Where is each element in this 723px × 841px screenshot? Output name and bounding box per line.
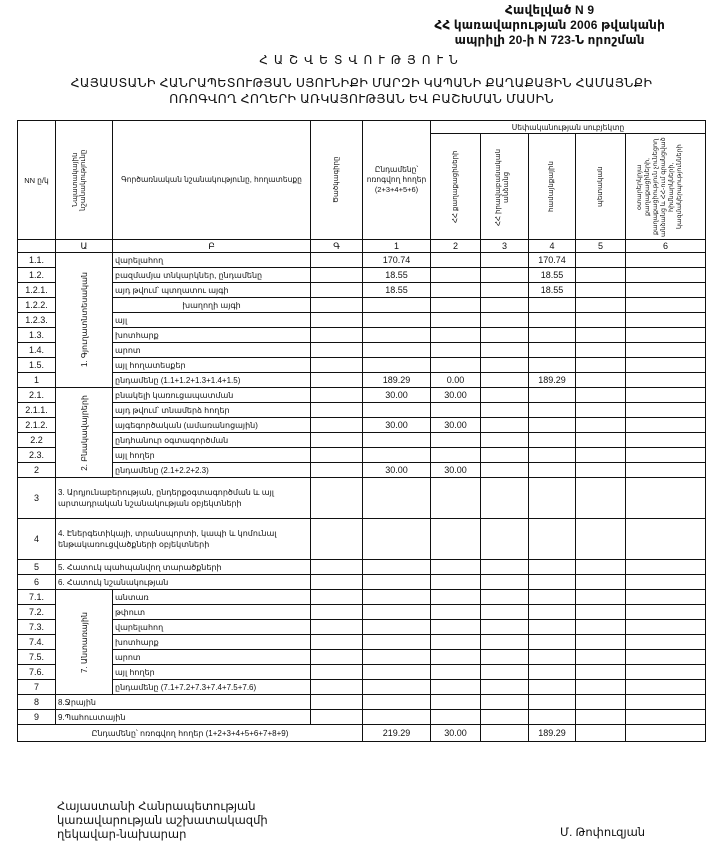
group-label-g1: 1. Գյուղատնտեսական (56, 253, 113, 388)
row-label: ընդամենը (2.1+2.2+2.3) (113, 463, 311, 478)
cell-c6 (626, 298, 706, 313)
cell-c2 (431, 283, 481, 298)
header-code: Ծածկագիրը (311, 121, 363, 240)
table-row: 1.2.1.այդ թվում՝ պտղատու այգի18.5518.55 (18, 283, 706, 298)
cell-c2 (431, 620, 481, 635)
cell-c6 (626, 680, 706, 695)
cell-c6 (626, 388, 706, 403)
row-label: 4. Էներգետիկայի, տրանսպորտի, կապի և կոմո… (56, 519, 311, 560)
row-code (311, 403, 363, 418)
table-row: 2.1.1.այդ թվում՝ տնամերձ հողեր (18, 403, 706, 418)
row-label: վարելահող (113, 620, 311, 635)
row-label: այլ (113, 313, 311, 328)
column-number-row: Ա Բ Գ 1 2 3 4 5 6 (18, 240, 706, 253)
cell-c1 (363, 665, 431, 680)
row-number: 2 (18, 463, 56, 478)
cell-c2 (431, 403, 481, 418)
cell-c5 (576, 358, 626, 373)
cell-c1 (363, 478, 431, 519)
table-row: 2.3.այլ հողեր (18, 448, 706, 463)
row-code (311, 590, 363, 605)
row-code (311, 298, 363, 313)
row-number: 8 (18, 695, 56, 710)
cell-c1 (363, 560, 431, 575)
cell-c4 (529, 710, 576, 725)
row-number: 1.5. (18, 358, 56, 373)
cell-c6 (626, 328, 706, 343)
row-number: 9 (18, 710, 56, 725)
cell-c4 (529, 298, 576, 313)
grand-total-row: Ընդամենը՝ ոռոգվող հողեր (1+2+3+4+5+6+7+8… (18, 725, 706, 742)
cell-c4 (529, 358, 576, 373)
row-code (311, 388, 363, 403)
cell-c6 (626, 635, 706, 650)
table-row: 7.5.արոտ (18, 650, 706, 665)
table-row: 66. Հատուկ նշանակության (18, 575, 706, 590)
cell-c3 (481, 478, 529, 519)
row-code (311, 650, 363, 665)
row-label: խոտհարք (113, 635, 311, 650)
row-label: վարելահող (113, 253, 311, 268)
cell-c5 (576, 519, 626, 560)
table-row: 88.Ջրային (18, 695, 706, 710)
cell-c2 (431, 575, 481, 590)
cell-c3 (481, 373, 529, 388)
cell-c3 (481, 665, 529, 680)
cell-c3 (481, 680, 529, 695)
grand-total-c3 (481, 725, 529, 742)
cell-c1 (363, 590, 431, 605)
subtitle-line-2: ՈՌՈԳՎՈՂ ՀՈՂԵՐԻ ԱՌԿԱՅՈՒԹՅԱՆ ԵՎ ԲԱՇԽՄԱՆ ՄԱ… (0, 91, 723, 107)
cell-c5 (576, 590, 626, 605)
cell-c1 (363, 575, 431, 590)
cell-c4 (529, 478, 576, 519)
row-label: 5. Հատուկ պահպանվող տարածքների (56, 560, 311, 575)
cell-c3 (481, 605, 529, 620)
cell-c5 (576, 418, 626, 433)
group-label-g2: 2. Բնակավայրերի (56, 388, 113, 478)
table-row: 7.3.վարելահող (18, 620, 706, 635)
row-code (311, 343, 363, 358)
cell-c1 (363, 358, 431, 373)
cell-c2 (431, 433, 481, 448)
cell-c6 (626, 560, 706, 575)
row-code (311, 478, 363, 519)
cell-c4: 18.55 (529, 283, 576, 298)
cell-c2 (431, 268, 481, 283)
cell-c5 (576, 635, 626, 650)
cell-c3 (481, 575, 529, 590)
row-code (311, 358, 363, 373)
row-code (311, 665, 363, 680)
cell-c2 (431, 313, 481, 328)
cell-c6 (626, 268, 706, 283)
row-label: ընդամենը (7.1+7.2+7.3+7.4+7.5+7.6) (113, 680, 311, 695)
cell-c2 (431, 605, 481, 620)
row-code (311, 635, 363, 650)
row-code (311, 605, 363, 620)
cell-c2 (431, 343, 481, 358)
cell-c3 (481, 650, 529, 665)
cell-c1 (363, 433, 431, 448)
row-label: թփուտ (113, 605, 311, 620)
row-label: ընդհանուր օգտագործման (113, 433, 311, 448)
table-row: 1.2.2.խաղողի այգի (18, 298, 706, 313)
table-row: 99.Պահուստային (18, 710, 706, 725)
cell-c1 (363, 620, 431, 635)
cell-c3 (481, 328, 529, 343)
row-code (311, 519, 363, 560)
grand-total-label: Ընդամենը՝ ոռոգվող հողեր (1+2+3+4+5+6+7+8… (18, 725, 363, 742)
colnum-b: Բ (113, 240, 311, 253)
row-label: այդ թվում՝ պտղատու այգի (113, 283, 311, 298)
cell-c1 (363, 343, 431, 358)
table-row: 2.1.2.այգեգործական (ամառանոցային)30.0030… (18, 418, 706, 433)
row-number: 7.6. (18, 665, 56, 680)
footer-line-2: կառավարության աշխատակազմի (57, 814, 268, 828)
cell-c4 (529, 343, 576, 358)
document-subtitle: ՀԱՅԱՍՏԱՆԻ ՀԱՆՐԱՊԵՏՈՒԹՅԱՆ ՍՅՈՒՆԻՔԻ ՄԱՐԶԻ … (0, 75, 723, 107)
cell-c1 (363, 448, 431, 463)
cell-c2 (431, 358, 481, 373)
cell-c2 (431, 695, 481, 710)
colnum-1: 1 (363, 240, 431, 253)
header-ownership-group: Սեփականության սուբյեկտը (431, 121, 706, 134)
cell-c4 (529, 403, 576, 418)
table-row: 7.6.այլ հողեր (18, 665, 706, 680)
cell-c4 (529, 560, 576, 575)
grand-total-c6 (626, 725, 706, 742)
cell-c2 (431, 328, 481, 343)
row-code (311, 283, 363, 298)
row-code (311, 268, 363, 283)
grand-total-c2: 30.00 (431, 725, 481, 742)
cell-c3 (481, 298, 529, 313)
cell-c5 (576, 253, 626, 268)
cell-c3 (481, 433, 529, 448)
cell-c5 (576, 560, 626, 575)
colnum-g: Գ (311, 240, 363, 253)
cell-c1 (363, 605, 431, 620)
cell-c1: 18.55 (363, 283, 431, 298)
cell-c6 (626, 695, 706, 710)
table-row: 33. Արդյունաբերության, ընդերքօգտագործման… (18, 478, 706, 519)
row-number: 7 (18, 680, 56, 695)
cell-c1: 18.55 (363, 268, 431, 283)
row-code (311, 328, 363, 343)
header-function: Գործառնական նշանակությունը, հողատեսքը (113, 121, 311, 240)
cell-c1: 30.00 (363, 388, 431, 403)
row-code (311, 433, 363, 448)
row-label: անտառ (113, 590, 311, 605)
cell-c3 (481, 403, 529, 418)
cell-c1 (363, 650, 431, 665)
colnum-5: 5 (576, 240, 626, 253)
cell-c3 (481, 448, 529, 463)
colnum-3: 3 (481, 240, 529, 253)
cell-c3 (481, 343, 529, 358)
cell-c4: 189.29 (529, 373, 576, 388)
row-number: 7.5. (18, 650, 56, 665)
annex-line-3: ապրիլի 20-ի N 723-Ն որոշման (434, 33, 665, 48)
row-number: 2.1. (18, 388, 56, 403)
cell-c6 (626, 358, 706, 373)
header-col3: ՀՀ իրավաբանական անձանց (481, 134, 529, 240)
cell-c2 (431, 448, 481, 463)
cell-c1 (363, 313, 431, 328)
signer-name: Մ. Թոփուզյան (560, 825, 645, 839)
cell-c4 (529, 575, 576, 590)
row-code (311, 463, 363, 478)
table-row: 1.4.արոտ (18, 343, 706, 358)
row-number: 1.1. (18, 253, 56, 268)
cell-c4 (529, 328, 576, 343)
annex-header: Հավելված N 9 ՀՀ կառավարության 2006 թվակա… (434, 3, 665, 48)
cell-c3 (481, 519, 529, 560)
cell-c2 (431, 253, 481, 268)
grand-total-c1: 219.29 (363, 725, 431, 742)
row-number: 7.1. (18, 590, 56, 605)
row-label: արոտ (113, 343, 311, 358)
cell-c6 (626, 283, 706, 298)
table-row: 7.1.7. Անտառայինանտառ (18, 590, 706, 605)
row-number: 7.2. (18, 605, 56, 620)
cell-c3 (481, 620, 529, 635)
cell-c5 (576, 605, 626, 620)
row-label: բնակելի կառուցապատման (113, 388, 311, 403)
cell-c5 (576, 313, 626, 328)
colnum-6: 6 (626, 240, 706, 253)
land-report-table: NN ը/կ Նպատակային նշանակությունը Գործառն… (17, 120, 706, 742)
cell-c1 (363, 298, 431, 313)
row-number: 5 (18, 560, 56, 575)
row-label: արոտ (113, 650, 311, 665)
colnum-a: Ա (56, 240, 113, 253)
header-col4: համայնքային (529, 134, 576, 240)
cell-c3 (481, 635, 529, 650)
cell-c6 (626, 313, 706, 328)
cell-c2 (431, 635, 481, 650)
cell-c6 (626, 253, 706, 268)
row-number: 1.2.1. (18, 283, 56, 298)
cell-c6 (626, 373, 706, 388)
row-number: 7.3. (18, 620, 56, 635)
cell-c6 (626, 650, 706, 665)
cell-c5 (576, 650, 626, 665)
row-number: 2.1.1. (18, 403, 56, 418)
cell-c6 (626, 343, 706, 358)
cell-c4 (529, 590, 576, 605)
cell-c5 (576, 680, 626, 695)
cell-c4 (529, 650, 576, 665)
cell-c1: 30.00 (363, 463, 431, 478)
cell-c6 (626, 620, 706, 635)
cell-c3 (481, 313, 529, 328)
cell-c1 (363, 635, 431, 650)
subtitle-line-1: ՀԱՅԱՍՏԱՆԻ ՀԱՆՐԱՊԵՏՈՒԹՅԱՆ ՍՅՈՒՆԻՔԻ ՄԱՐԶԻ … (0, 75, 723, 91)
cell-c2 (431, 560, 481, 575)
footer-line-3: ղեկավար-նախարար (57, 828, 268, 841)
cell-c5 (576, 403, 626, 418)
cell-c2 (431, 680, 481, 695)
table-row: 1.2.բազմամյա տնկարկներ, ընդամենը18.5518.… (18, 268, 706, 283)
annex-line-2: ՀՀ կառավարության 2006 թվականի (434, 18, 665, 33)
cell-c3 (481, 358, 529, 373)
cell-c6 (626, 403, 706, 418)
footer-line-1: Հայաստանի Հանրապետության (57, 800, 268, 814)
row-number: 2.2 (18, 433, 56, 448)
grand-total-c4: 189.29 (529, 725, 576, 742)
table-row: 2.1.2. Բնակավայրերիբնակելի կառուցապատման… (18, 388, 706, 403)
table-row: 1ընդամենը (1.1+1.2+1.3+1.4+1.5)189.290.0… (18, 373, 706, 388)
cell-c4 (529, 680, 576, 695)
row-number: 1 (18, 373, 56, 388)
cell-c5 (576, 575, 626, 590)
cell-c4 (529, 433, 576, 448)
cell-c3 (481, 388, 529, 403)
row-code (311, 680, 363, 695)
cell-c4 (529, 463, 576, 478)
row-code (311, 620, 363, 635)
table-row: 7ընդամենը (7.1+7.2+7.3+7.4+7.5+7.6) (18, 680, 706, 695)
cell-c5 (576, 388, 626, 403)
cell-c6 (626, 710, 706, 725)
row-code (311, 448, 363, 463)
table-row: 1.2.3.այլ (18, 313, 706, 328)
row-label: ընդամենը (1.1+1.2+1.3+1.4+1.5) (113, 373, 311, 388)
row-number: 2.1.2. (18, 418, 56, 433)
row-code (311, 253, 363, 268)
row-number: 7.4. (18, 635, 56, 650)
cell-c4 (529, 448, 576, 463)
cell-c2 (431, 710, 481, 725)
cell-c3 (481, 418, 529, 433)
colnum-2: 2 (431, 240, 481, 253)
row-code (311, 695, 363, 710)
cell-c5 (576, 463, 626, 478)
row-label: 6. Հատուկ նշանակության (56, 575, 311, 590)
cell-c3 (481, 253, 529, 268)
cell-c4 (529, 695, 576, 710)
table-row: 1.5.այլ հողատեսքեր (18, 358, 706, 373)
cell-c2: 30.00 (431, 463, 481, 478)
table-row: 2ընդամենը (2.1+2.2+2.3)30.0030.00 (18, 463, 706, 478)
cell-c1 (363, 680, 431, 695)
cell-c1 (363, 710, 431, 725)
cell-c1 (363, 519, 431, 560)
cell-c3 (481, 283, 529, 298)
colnum-nn (18, 240, 56, 253)
grand-total-c5 (576, 725, 626, 742)
header-col2: ՀՀ քաղաքացիների (431, 134, 481, 240)
row-code (311, 373, 363, 388)
cell-c6 (626, 590, 706, 605)
cell-c6 (626, 478, 706, 519)
cell-c5 (576, 328, 626, 343)
cell-c6 (626, 665, 706, 680)
cell-c5 (576, 343, 626, 358)
cell-c3 (481, 695, 529, 710)
cell-c6 (626, 463, 706, 478)
document-title: ՀԱՇՎԵՏՎՈՒԹՅՈՒՆ (0, 53, 723, 67)
cell-c4 (529, 605, 576, 620)
header-total: Ընդամենը՝ ոռոգվող հողեր (2+3+4+5+6) (363, 121, 431, 240)
row-number: 1.2.2. (18, 298, 56, 313)
row-number: 4 (18, 519, 56, 560)
row-label: բազմամյա տնկարկներ, ընդամենը (113, 268, 311, 283)
cell-c1: 170.74 (363, 253, 431, 268)
row-number: 1.4. (18, 343, 56, 358)
cell-c2: 30.00 (431, 388, 481, 403)
cell-c4 (529, 313, 576, 328)
table-row: 44. Էներգետիկայի, տրանսպորտի, կապի և կոմ… (18, 519, 706, 560)
row-label: խաղողի այգի (113, 298, 311, 313)
row-label: այգեգործական (ամառանոցային) (113, 418, 311, 433)
row-label: այլ հողեր (113, 448, 311, 463)
row-number: 2.3. (18, 448, 56, 463)
cell-c3 (481, 463, 529, 478)
cell-c6 (626, 448, 706, 463)
table-row: 1.1.1. Գյուղատնտեսականվարելահող170.74170… (18, 253, 706, 268)
cell-c4 (529, 519, 576, 560)
cell-c1: 30.00 (363, 418, 431, 433)
row-number: 1.3. (18, 328, 56, 343)
row-label: 8.Ջրային (56, 695, 311, 710)
cell-c4 (529, 388, 576, 403)
row-code (311, 313, 363, 328)
cell-c5 (576, 448, 626, 463)
cell-c5 (576, 433, 626, 448)
row-number: 6 (18, 575, 56, 590)
annex-line-1: Հավելված N 9 (434, 3, 665, 18)
header-purpose: Նպատակային նշանակությունը (56, 121, 113, 240)
cell-c2: 0.00 (431, 373, 481, 388)
cell-c6 (626, 575, 706, 590)
row-number: 1.2. (18, 268, 56, 283)
cell-c4 (529, 635, 576, 650)
row-label: այդ թվում՝ տնամերձ հողեր (113, 403, 311, 418)
cell-c4 (529, 665, 576, 680)
cell-c3 (481, 590, 529, 605)
row-code (311, 418, 363, 433)
header-col5: պետական (576, 134, 626, 240)
cell-c5 (576, 665, 626, 680)
row-number: 3 (18, 478, 56, 519)
cell-c6 (626, 519, 706, 560)
header-nn: NN ը/կ (18, 121, 56, 240)
cell-c5 (576, 695, 626, 710)
cell-c4 (529, 620, 576, 635)
row-label: 3. Արդյունաբերության, ընդերքօգտագործման … (56, 478, 311, 519)
colnum-4: 4 (529, 240, 576, 253)
cell-c3 (481, 710, 529, 725)
header-col6: օտարերկրյա քաղաքացիների, քաղաքացիություն… (626, 134, 706, 240)
cell-c6 (626, 418, 706, 433)
footer-position: Հայաստանի Հանրապետության կառավարության ա… (57, 800, 268, 841)
cell-c3 (481, 268, 529, 283)
row-label: այլ հողատեսքեր (113, 358, 311, 373)
cell-c2 (431, 590, 481, 605)
cell-c2: 30.00 (431, 418, 481, 433)
cell-c1 (363, 403, 431, 418)
table-row: 1.3.խոտհարք (18, 328, 706, 343)
row-code (311, 710, 363, 725)
cell-c5 (576, 298, 626, 313)
row-code (311, 560, 363, 575)
table-row: 7.4.խոտհարք (18, 635, 706, 650)
cell-c1 (363, 328, 431, 343)
row-number: 1.2.3. (18, 313, 56, 328)
